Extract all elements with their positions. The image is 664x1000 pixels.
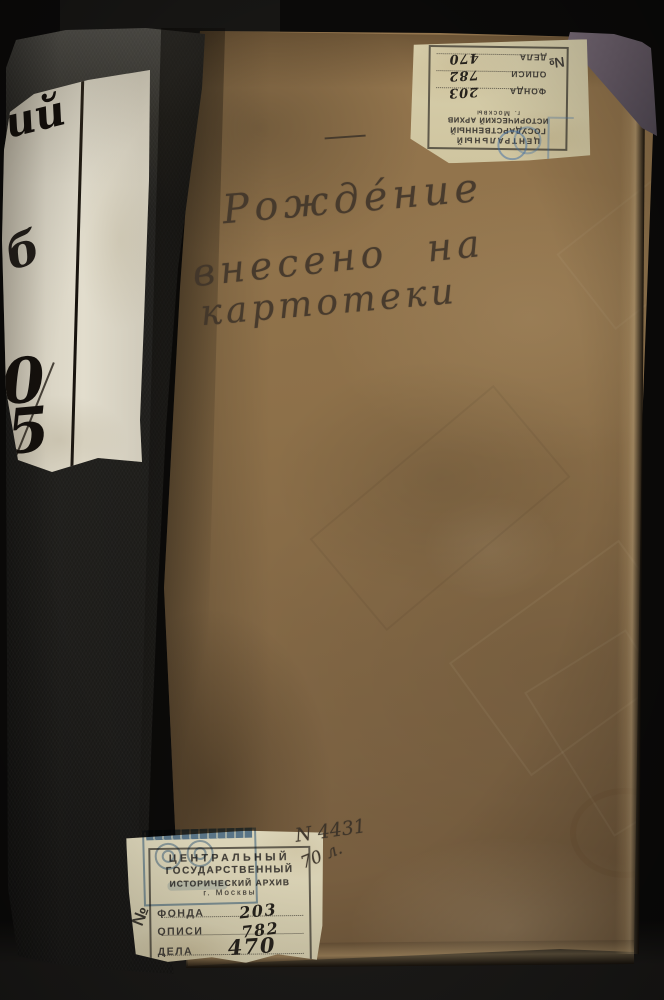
stamp-row-opis: ОПИСИ 782 [434, 68, 546, 87]
cover-crease-mark [310, 385, 571, 631]
archive-name-line: ИСТОРИЧЕСКИЙ АРХИВ [434, 115, 562, 126]
blue-stamp-smudge [167, 880, 227, 891]
stamp-row-fond: ФОНДА 203 [434, 85, 546, 104]
row-label: ФОНДА [157, 908, 204, 921]
delo-number-handwritten: 470 [227, 932, 277, 960]
archival-book-cover-photo: ий б 05 ЦЕНТРАЛЬНЫЙ ГОСУДАРСТВЕННЫЙ ИСТО… [0, 0, 664, 1000]
stamp-rows: ФОНДА 203 ОПИСИ 782 ДЕЛА 470 [157, 900, 306, 958]
stamp-row-delo: ДЕЛА 470 [434, 51, 546, 70]
book-fore-edge [615, 92, 645, 954]
delo-number-handwritten: 470 [448, 50, 479, 67]
opis-number-handwritten: 782 [448, 67, 479, 84]
stamp-row-delo: ДЕЛА 470 [158, 936, 306, 958]
row-label: ОПИСИ [157, 926, 203, 939]
fond-number-handwritten: 203 [448, 84, 479, 101]
blue-stamp-circle [513, 126, 541, 154]
number-sign: № [548, 54, 565, 72]
top-archive-label: ЦЕНТРАЛЬНЫЙ ГОСУДАРСТВЕННЫЙ ИСТОРИЧЕСКИЙ… [409, 37, 593, 166]
blue-stamp-frame-partial [547, 117, 574, 161]
cover-crease-mark [556, 162, 664, 330]
archive-city-line: г. Москвы [434, 106, 562, 117]
blue-archive-hand-stamp [142, 828, 258, 907]
spine-paper-label: ий б 05 [0, 60, 152, 480]
pencil-dash-mark: — [321, 116, 368, 154]
stamp-rows: ФОНДА 203 ОПИСИ 782 ДЕЛА 470 [434, 51, 547, 104]
row-label: ДЕЛА [158, 946, 194, 958]
